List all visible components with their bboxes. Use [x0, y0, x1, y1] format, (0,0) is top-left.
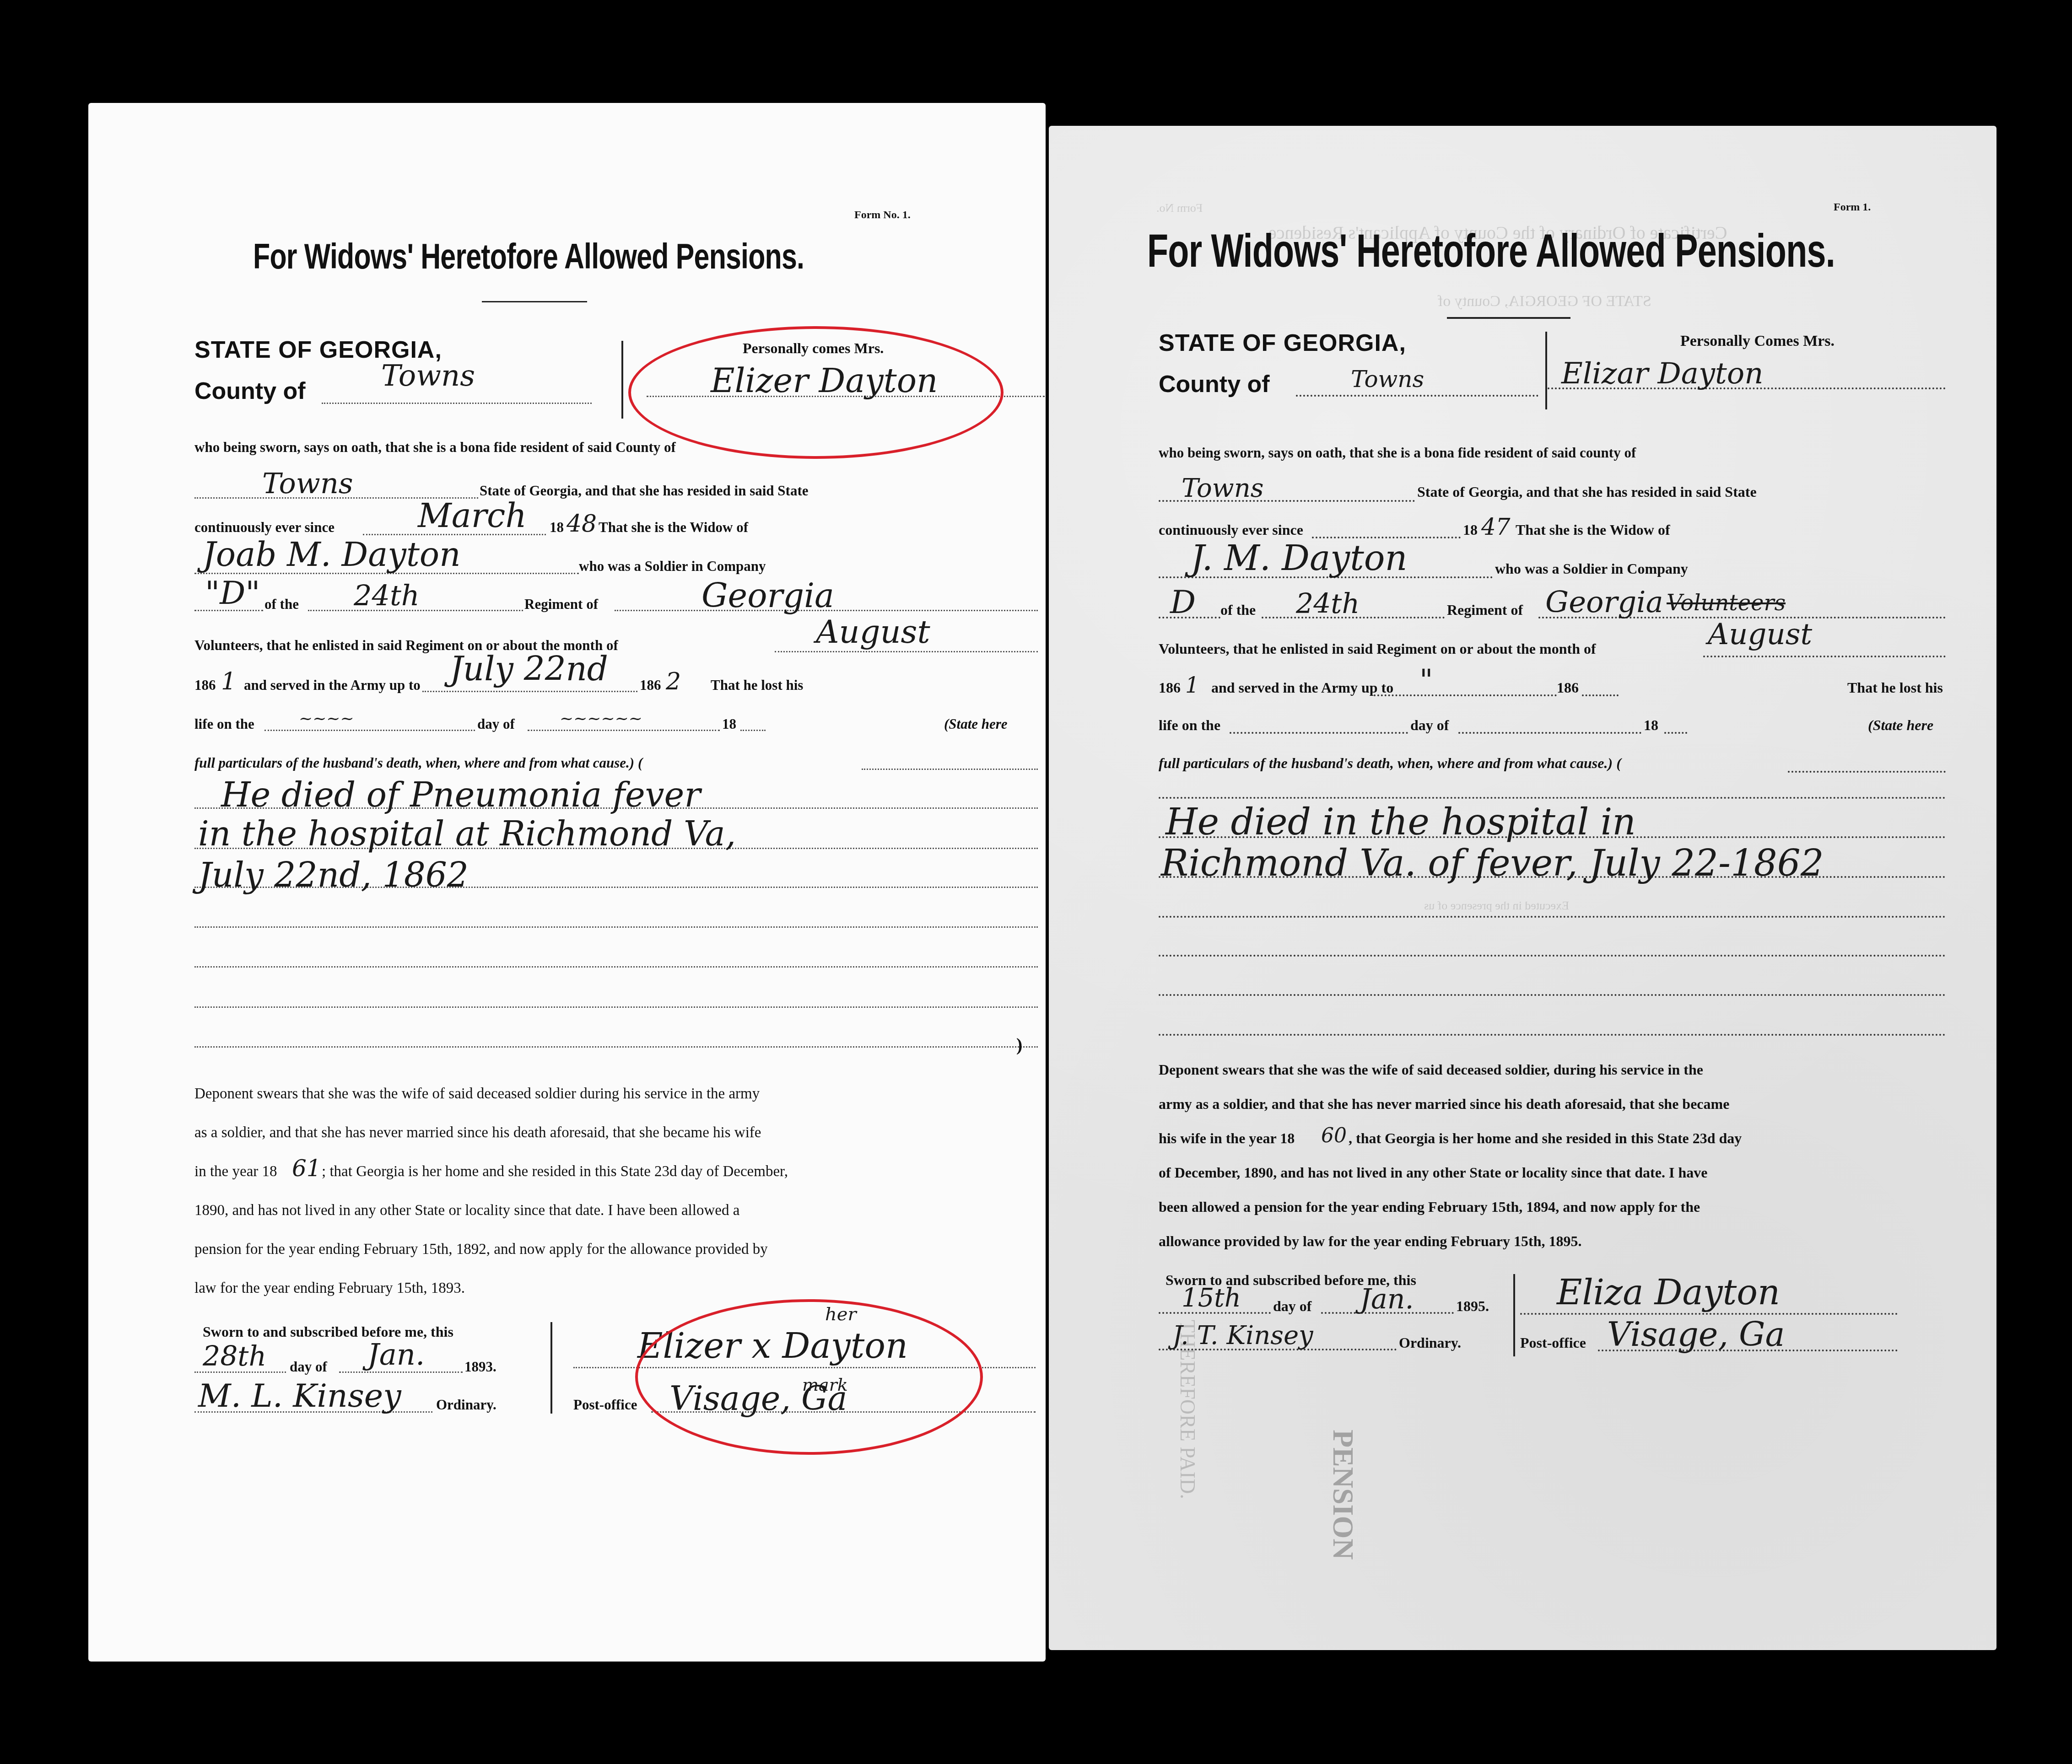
- vertical-stamp-paid: THEREFORE PAID.: [1176, 1320, 1200, 1499]
- deponent-line-6: allowance provided by law for the year e…: [1159, 1233, 1581, 1250]
- soldier-label: who was a Soldier in Company: [1495, 560, 1688, 577]
- deponent-line-1: Deponent swears that she was the wife of…: [194, 1086, 760, 1102]
- volunteers-line: Volunteers, that he enlisted in said Reg…: [1159, 640, 1596, 657]
- county-value: Towns: [381, 359, 475, 393]
- death-day: ~~~~: [299, 709, 354, 728]
- deponent-line-4: of December, 1890, and has not lived in …: [1159, 1164, 1707, 1181]
- title-rule: [482, 301, 587, 302]
- of-the-label: of the: [1220, 602, 1256, 618]
- ordinary-name: M. L. Kinsey: [198, 1377, 401, 1414]
- death-particulars-line-2: Richmond Va. of fever, July 22-1862: [1161, 842, 1824, 884]
- sworn-day: 28th: [203, 1340, 266, 1372]
- death-year-line: [740, 730, 766, 731]
- enlist-month-line: [1703, 656, 1946, 657]
- sworn-month: Jan.: [367, 1338, 425, 1372]
- day-of-label: day of: [477, 716, 515, 732]
- enlist-month: August: [1708, 618, 1812, 651]
- death-particulars-line-1: He died of Pneumonia fever: [221, 775, 701, 815]
- title-rule: [1447, 317, 1570, 319]
- sworn-month: Jan.: [1360, 1283, 1414, 1315]
- since-year-prefix: 18: [550, 519, 564, 536]
- resident-county: Towns: [262, 467, 353, 500]
- particulars-line-7: [1159, 1034, 1946, 1036]
- particulars-line-5: [194, 966, 1038, 968]
- particulars-line-7: [194, 1046, 1038, 1048]
- served-year: 2: [666, 668, 681, 695]
- widow-of-label: That she is the Widow of: [599, 519, 748, 536]
- postoffice-label: Post-office: [573, 1397, 637, 1413]
- since-month: March: [418, 496, 527, 535]
- state-label: STATE OF GEORGIA,: [1159, 329, 1406, 357]
- header-brace: [621, 341, 623, 419]
- postoffice-value: Visage, Ga: [1607, 1315, 1785, 1354]
- particulars-line-6: [1159, 994, 1946, 996]
- continuously-label: continuously ever since: [194, 519, 335, 536]
- regiment-of-label: Regiment of: [524, 596, 598, 613]
- death-particulars-line-2: in the hospital at Richmond Va,: [198, 814, 736, 854]
- enlist-year: 1: [221, 668, 236, 695]
- enlist-month: August: [816, 613, 930, 651]
- life-on-the-label: life on the: [1159, 717, 1220, 734]
- sworn-day-of-label: day of: [1273, 1298, 1311, 1315]
- marriage-year: 61: [292, 1155, 321, 1182]
- deponent-line-5: pension for the year ending February 15t…: [194, 1241, 768, 1258]
- death-particulars-line-3: July 22nd, 1862: [198, 855, 469, 895]
- sworn-day-of-label: day of: [290, 1359, 327, 1375]
- resident-county: Towns: [1182, 473, 1263, 503]
- signature-line: [1520, 1313, 1898, 1315]
- state-here-label: (State here: [944, 716, 1008, 732]
- particulars-line-0: [862, 769, 1038, 770]
- since-year: 48: [567, 510, 597, 538]
- particulars-line-4: [1159, 916, 1946, 918]
- marriage-year: 60: [1321, 1124, 1347, 1147]
- applicant-signature: Eliza Dayton: [1557, 1272, 1780, 1312]
- bleed-through-text-1: Executed in the presence of us: [1424, 899, 1569, 913]
- deponent-line-2: as a soldier, and that she has never mar…: [194, 1124, 761, 1141]
- particulars-line-1: [1159, 797, 1946, 799]
- death-month-line: [528, 730, 720, 731]
- soldier-label: who was a Soldier in Company: [579, 558, 766, 575]
- of-the-label: of the: [264, 596, 299, 613]
- particulars-line-4: [194, 926, 1038, 928]
- served-until-line: [422, 691, 637, 692]
- regiment-number: 24th: [1296, 588, 1360, 620]
- form-number: Form 1.: [1834, 201, 1871, 214]
- husband-name: J. M. Dayton: [1191, 538, 1407, 578]
- deponent-line-4: 1890, and has not lived in any other Sta…: [194, 1202, 739, 1219]
- since-year-prefix: 18: [1463, 522, 1478, 538]
- sworn-year: 1893.: [464, 1359, 496, 1375]
- form-number: Form No. 1.: [854, 209, 911, 221]
- deponent-line-2: army as a soldier, and that she has neve…: [1159, 1096, 1729, 1113]
- full-particulars-label: full particulars of the husband's death,…: [1159, 755, 1621, 772]
- bleed-through-form-no: Form No.: [1156, 201, 1203, 215]
- day-of-label: day of: [1410, 717, 1449, 734]
- particulars-line-5: [1159, 955, 1946, 957]
- death-year-prefix: 18: [1644, 717, 1658, 734]
- deponent-line-3: ; that Georgia is her home and she resid…: [322, 1163, 788, 1180]
- continuously-label: continuously ever since: [1159, 522, 1303, 538]
- regiment-of-label: Regiment of: [1447, 602, 1523, 618]
- personally-comes-label: Personally Comes Mrs.: [1680, 333, 1835, 350]
- husband-name: Joab M. Dayton: [203, 535, 461, 574]
- served-label: and served in the Army up to: [244, 677, 421, 694]
- county-label: County of: [194, 377, 306, 405]
- enlist-year-prefix: 186: [194, 677, 216, 694]
- regiment-struck-text: Volunteers: [1667, 590, 1786, 616]
- sworn-line: who being sworn, says on oath, that she …: [194, 439, 676, 456]
- particulars-line-0: [1788, 771, 1946, 773]
- sworn-year: 1895.: [1456, 1298, 1489, 1315]
- death-year-prefix: 18: [722, 716, 736, 732]
- bleed-through-state: STATE OF GEORGIA, County of: [1438, 293, 1651, 310]
- deponent-line-3: , that Georgia is her home and she resid…: [1349, 1130, 1742, 1147]
- served-year-line: [1582, 694, 1619, 696]
- served-until: July 22nd: [450, 650, 608, 688]
- served-until: ": [1419, 663, 1433, 697]
- annotation-circle-signature: [635, 1299, 983, 1455]
- since-year: 47: [1481, 514, 1511, 540]
- death-day-line: [1230, 732, 1408, 734]
- full-particulars-label: full particulars of the husband's death,…: [194, 755, 642, 771]
- death-month-line: [1458, 732, 1641, 734]
- served-label: and served in the Army up to: [1211, 679, 1393, 696]
- regiment-state: Georgia: [701, 576, 834, 615]
- death-day-line: [264, 730, 475, 731]
- enlist-month-line: [775, 651, 1038, 652]
- form-title: For Widows' Heretofore Allowed Pensions.: [1147, 224, 1835, 278]
- header-brace: [1545, 332, 1547, 409]
- deponent-line-6: law for the year ending February 15th, 1…: [194, 1280, 465, 1297]
- marriage-year-prefix: his wife in the year 18: [1159, 1130, 1295, 1147]
- state-resided-line: State of Georgia, and that she has resid…: [480, 483, 809, 499]
- company-value: D: [1170, 583, 1196, 621]
- county-field-line: [1296, 395, 1538, 397]
- enlist-year: 1: [1185, 672, 1199, 698]
- closing-paren: ): [1016, 1034, 1022, 1055]
- sworn-day: 15th: [1182, 1283, 1241, 1313]
- widow-of-label: That she is the Widow of: [1516, 522, 1670, 538]
- sworn-brace: [1513, 1274, 1515, 1356]
- ordinary-label: Ordinary.: [1399, 1334, 1461, 1351]
- life-on-the-label: life on the: [194, 716, 254, 732]
- right-document-page: Form No. Form 1. Certificate of Ordinary…: [1049, 126, 1996, 1650]
- enlist-year-prefix: 186: [1159, 679, 1181, 696]
- form-title: For Widows' Heretofore Allowed Pensions.: [253, 236, 804, 277]
- death-month: ~~~~~~: [560, 709, 642, 728]
- death-particulars-line-1: He died in the hospital in: [1165, 801, 1636, 843]
- company-value: "D": [205, 574, 260, 612]
- vertical-stamp-pension: PENSION: [1326, 1430, 1360, 1560]
- annotation-circle-name: [628, 326, 1004, 459]
- marriage-year-prefix: in the year 18: [194, 1163, 277, 1180]
- served-until-line: [1374, 694, 1557, 696]
- county-field-line: [322, 403, 592, 404]
- county-value: Towns: [1351, 366, 1424, 393]
- deponent-line-5: been allowed a pension for the year endi…: [1159, 1199, 1700, 1215]
- county-label: County of: [1159, 371, 1270, 398]
- particulars-line-6: [194, 1006, 1038, 1008]
- state-here-label: (State here: [1868, 717, 1933, 734]
- state-resided-line: State of Georgia, and that she has resid…: [1417, 484, 1757, 500]
- served-year-prefix: 186: [1557, 679, 1579, 696]
- sworn-line: who being sworn, says on oath, that she …: [1159, 445, 1636, 461]
- deponent-line-1: Deponent swears that she was the wife of…: [1159, 1061, 1703, 1078]
- served-year-prefix: 186: [640, 677, 661, 694]
- ordinary-label: Ordinary.: [436, 1397, 496, 1413]
- regiment-number: 24th: [354, 579, 420, 612]
- applicant-name: Elizar Dayton: [1561, 357, 1764, 391]
- sworn-brace: [550, 1322, 552, 1414]
- lost-life-label: That he lost his: [711, 677, 803, 694]
- death-year-line: [1664, 732, 1687, 734]
- lost-life-label: That he lost his: [1847, 679, 1943, 696]
- postoffice-label: Post-office: [1520, 1334, 1586, 1351]
- regiment-state: Georgia: [1545, 586, 1663, 619]
- left-document-page: Form No. 1. For Widows' Heretofore Allow…: [88, 103, 1046, 1662]
